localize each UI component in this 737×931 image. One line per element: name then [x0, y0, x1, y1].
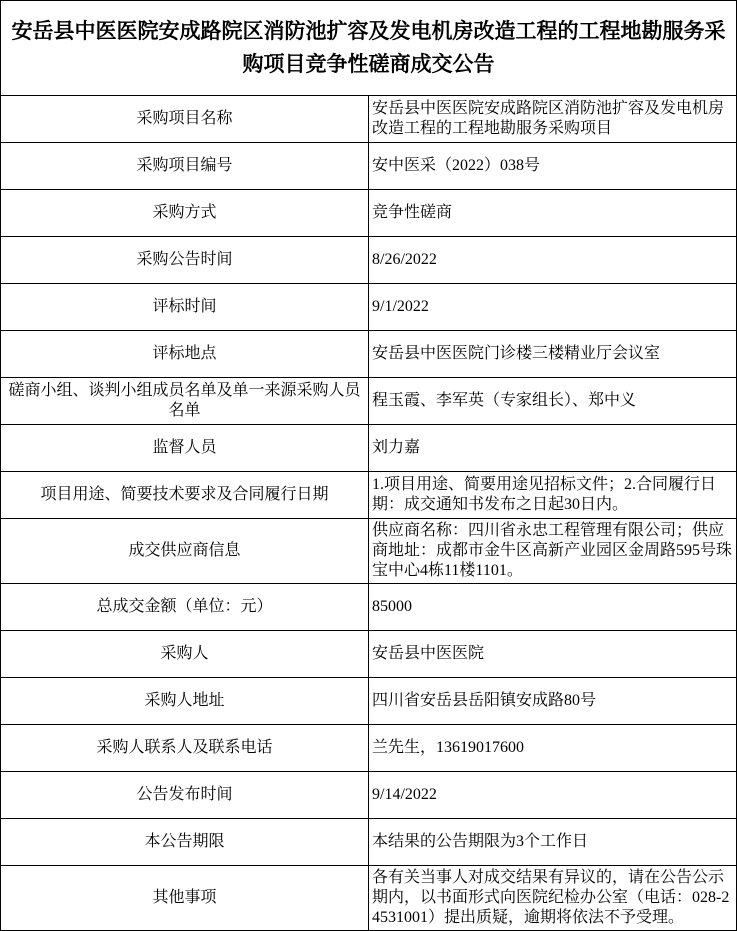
purchaser-value: 安岳县中医医院 — [369, 631, 737, 678]
total-amount-label: 总成交金额（单位：元） — [1, 584, 369, 631]
other-matters-value: 各有关当事人对成交结果有异议的，请在公告公示期内，以书面形式向医院纪检办公室（电… — [369, 866, 737, 931]
other-matters-label: 其他事项 — [1, 866, 369, 931]
evaluation-location-label: 评标地点 — [1, 331, 369, 378]
project-usage-requirements-label: 项目用途、简要技术要求及合同履行日期 — [1, 472, 369, 519]
announcement-table: 安岳县中医医院安成路院区消防池扩容及发电机房改造工程的工程地勘服务采购项目竞争性… — [0, 0, 737, 931]
row-project-number: 采购项目编号 安中医采（2022）038号 — [1, 143, 737, 190]
supervisors-label: 监督人员 — [1, 425, 369, 472]
row-project-usage-requirements: 项目用途、简要技术要求及合同履行日期 1.项目用途、简要用途见招标文件；2.合同… — [1, 472, 737, 519]
panel-members-label: 磋商小组、谈判小组成员名单及单一来源采购人员名单 — [1, 378, 369, 425]
row-project-name: 采购项目名称 安岳县中医医院安成路院区消防池扩容及发电机房改造工程的工程地勘服务… — [1, 96, 737, 143]
row-purchaser-contact: 采购人联系人及联系电话 兰先生，13619017600 — [1, 725, 737, 772]
row-purchaser-address: 采购人地址 四川省安岳县岳阳镇安成路80号 — [1, 678, 737, 725]
row-announcement-period: 本公告期限 本结果的公告期限为3个工作日 — [1, 819, 737, 866]
evaluation-date-value: 9/1/2022 — [369, 284, 737, 331]
project-usage-requirements-value: 1.项目用途、简要用途见招标文件；2.合同履行日期：成交通知书发布之日起30日内… — [369, 472, 737, 519]
row-total-amount: 总成交金额（单位：元） 85000 — [1, 584, 737, 631]
announcement-period-value: 本结果的公告期限为3个工作日 — [369, 819, 737, 866]
project-number-value: 安中医采（2022）038号 — [369, 143, 737, 190]
publish-date-label: 公告发布时间 — [1, 772, 369, 819]
row-purchaser: 采购人 安岳县中医医院 — [1, 631, 737, 678]
project-name-value: 安岳县中医医院安成路院区消防池扩容及发电机房改造工程的工程地勘服务采购项目 — [369, 96, 737, 143]
announcement-date-value: 8/26/2022 — [369, 237, 737, 284]
title-row: 安岳县中医医院安成路院区消防池扩容及发电机房改造工程的工程地勘服务采购项目竞争性… — [1, 1, 737, 96]
project-name-label: 采购项目名称 — [1, 96, 369, 143]
purchaser-address-value: 四川省安岳县岳阳镇安成路80号 — [369, 678, 737, 725]
row-other-matters: 其他事项 各有关当事人对成交结果有异议的，请在公告公示期内，以书面形式向医院纪检… — [1, 866, 737, 931]
row-winning-supplier-info: 成交供应商信息 供应商名称：四川省永忠工程管理有限公司；供应商地址：成都市金牛区… — [1, 519, 737, 584]
publish-date-value: 9/14/2022 — [369, 772, 737, 819]
announcement-period-label: 本公告期限 — [1, 819, 369, 866]
purchaser-label: 采购人 — [1, 631, 369, 678]
supervisors-value: 刘力嘉 — [369, 425, 737, 472]
page-title: 安岳县中医医院安成路院区消防池扩容及发电机房改造工程的工程地勘服务采购项目竞争性… — [1, 1, 737, 96]
project-number-label: 采购项目编号 — [1, 143, 369, 190]
announcement-page: 安岳县中医医院安成路院区消防池扩容及发电机房改造工程的工程地勘服务采购项目竞争性… — [0, 0, 737, 931]
row-panel-members: 磋商小组、谈判小组成员名单及单一来源采购人员名单 程玉霞、李军英（专家组长）、郑… — [1, 378, 737, 425]
panel-members-value: 程玉霞、李军英（专家组长）、郑中义 — [369, 378, 737, 425]
winning-supplier-info-label: 成交供应商信息 — [1, 519, 369, 584]
purchaser-contact-label: 采购人联系人及联系电话 — [1, 725, 369, 772]
row-evaluation-location: 评标地点 安岳县中医医院门诊楼三楼精业厅会议室 — [1, 331, 737, 378]
procurement-method-label: 采购方式 — [1, 190, 369, 237]
row-evaluation-date: 评标时间 9/1/2022 — [1, 284, 737, 331]
announcement-date-label: 采购公告时间 — [1, 237, 369, 284]
row-publish-date: 公告发布时间 9/14/2022 — [1, 772, 737, 819]
evaluation-date-label: 评标时间 — [1, 284, 369, 331]
row-announcement-date: 采购公告时间 8/26/2022 — [1, 237, 737, 284]
procurement-method-value: 竞争性磋商 — [369, 190, 737, 237]
winning-supplier-info-value: 供应商名称：四川省永忠工程管理有限公司；供应商地址：成都市金牛区高新产业园区金周… — [369, 519, 737, 584]
purchaser-address-label: 采购人地址 — [1, 678, 369, 725]
total-amount-value: 85000 — [369, 584, 737, 631]
row-procurement-method: 采购方式 竞争性磋商 — [1, 190, 737, 237]
row-supervisors: 监督人员 刘力嘉 — [1, 425, 737, 472]
purchaser-contact-value: 兰先生，13619017600 — [369, 725, 737, 772]
evaluation-location-value: 安岳县中医医院门诊楼三楼精业厅会议室 — [369, 331, 737, 378]
